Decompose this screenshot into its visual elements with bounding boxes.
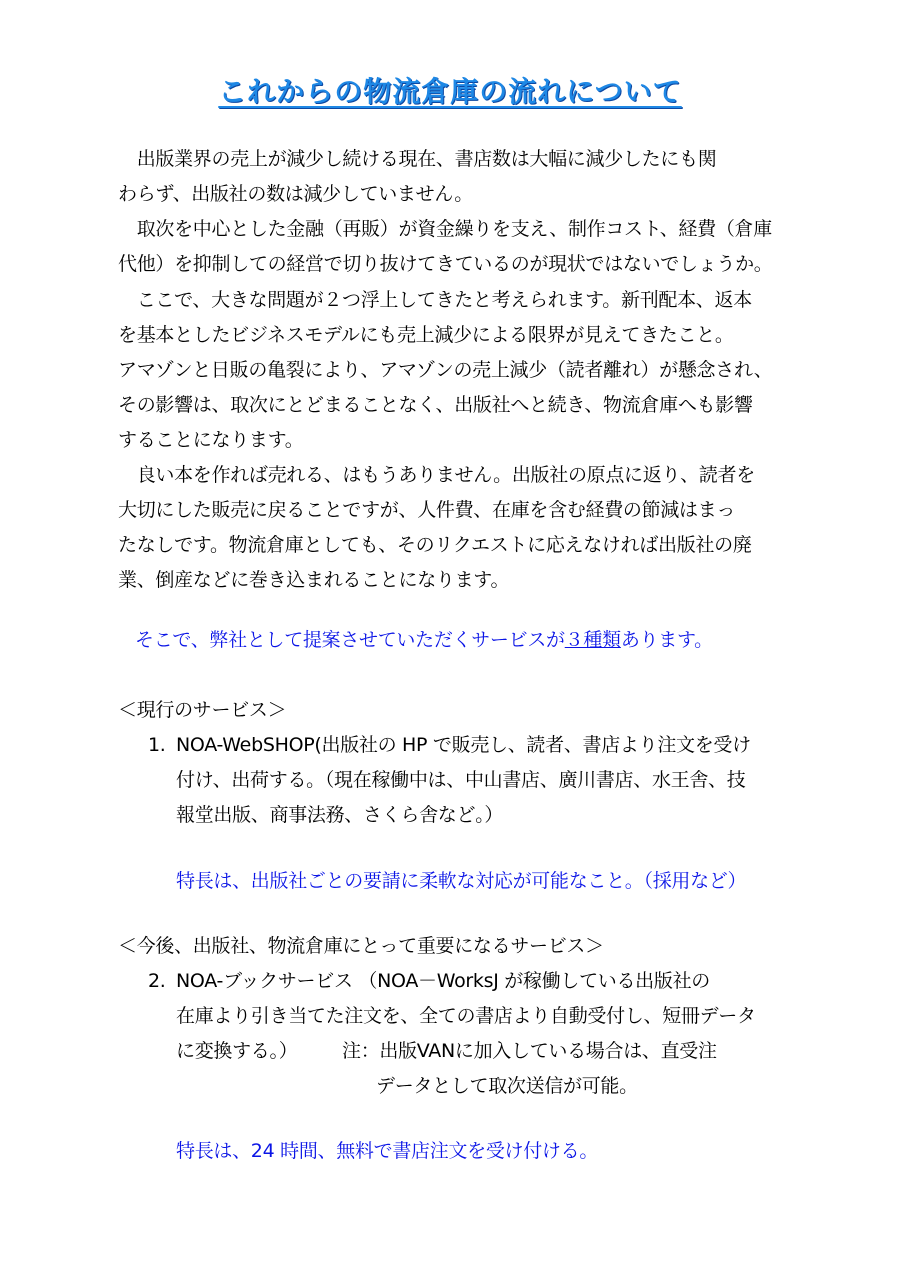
intro-line: 取次を中心とした金融（再販）が資金繰りを支え、制作コスト、経費（倉庫	[118, 212, 772, 247]
intro-line: その影響は、取次にとどまることなく、出版社へと続き、物流倉庫へも影響	[118, 388, 753, 423]
service-note: 注：出版VANに加入している場合は、直受注	[342, 1034, 717, 1069]
intro-line: を基本としたビジネスモデルにも売上減少による限界が見えてきたこと。	[118, 318, 734, 353]
list-item-number: 1.	[148, 728, 166, 763]
intro-line: わらず、出版社の数は減少していません。	[118, 177, 473, 212]
intro-line: ここで、大きな問題が２つ浮上してきたと考えられます。新刊配本、返本	[118, 283, 752, 318]
service-description-line: NOA-ブックサービス （NOA－WorksJ が稼働している出版社の	[176, 964, 710, 999]
list-item-number: 2.	[148, 964, 166, 999]
service-feature: 特長は、出版社ごとの要請に柔軟な対応が可能なこと。（採用など）	[176, 864, 746, 899]
intro-line: 大切にした販売に戻ることですが、人件費、在庫を含む経費の節減はまっ	[118, 493, 735, 528]
page-title: これからの物流倉庫の流れについて	[0, 70, 900, 110]
intro-line: 出版業界の売上が減少し続ける現在、書店数は大幅に減少したにも関	[118, 142, 716, 177]
intro-line: 代他）を抑制しての経営で切り抜けてきているのが現状ではないでしょうか。	[118, 247, 773, 282]
service-description-line: に変換する。）	[176, 1034, 297, 1069]
proposal-statement: そこで、弊社として提案させていただくサービスが３種類あります。	[135, 623, 713, 658]
service-note: データとして取次送信が可能。	[376, 1069, 638, 1104]
service-description-line: NOA-WebSHOP(出版社の HP で販売し、読者、書店より注文を受け	[176, 728, 751, 763]
intro-line: たなしです。物流倉庫としても、そのリクエストに応えなければ出版社の廃	[118, 528, 752, 563]
service-description-line: 報堂出版、商事法務、さくら舎など。）	[176, 798, 503, 833]
service-feature: 特長は、24 時間、無料で書店注文を受け付ける。	[176, 1134, 598, 1169]
intro-line: アマゾンと日販の亀裂により、アマゾンの売上減少（読者離れ）が懸念され、	[118, 353, 773, 388]
service-description-line: 在庫より引き当てた注文を、全ての書店より自動受付し、短冊データ	[176, 999, 756, 1034]
intro-line: 業、倒産などに巻き込まれることになります。	[118, 563, 509, 598]
section-heading-current: ＜現行のサービス＞	[118, 693, 286, 728]
intro-line: 良い本を作れば売れる、はもうありません。出版社の原点に返り、読者を	[118, 458, 755, 493]
section-heading-future: ＜今後、出版社、物流倉庫にとって重要になるサービス＞	[118, 929, 604, 964]
service-count-highlight: ３種類	[565, 629, 621, 651]
intro-line: することになります。	[118, 423, 303, 458]
service-description-line: 付け、出荷する。（現在稼働中は、中山書店、廣川書店、水王舎、技	[176, 763, 745, 798]
